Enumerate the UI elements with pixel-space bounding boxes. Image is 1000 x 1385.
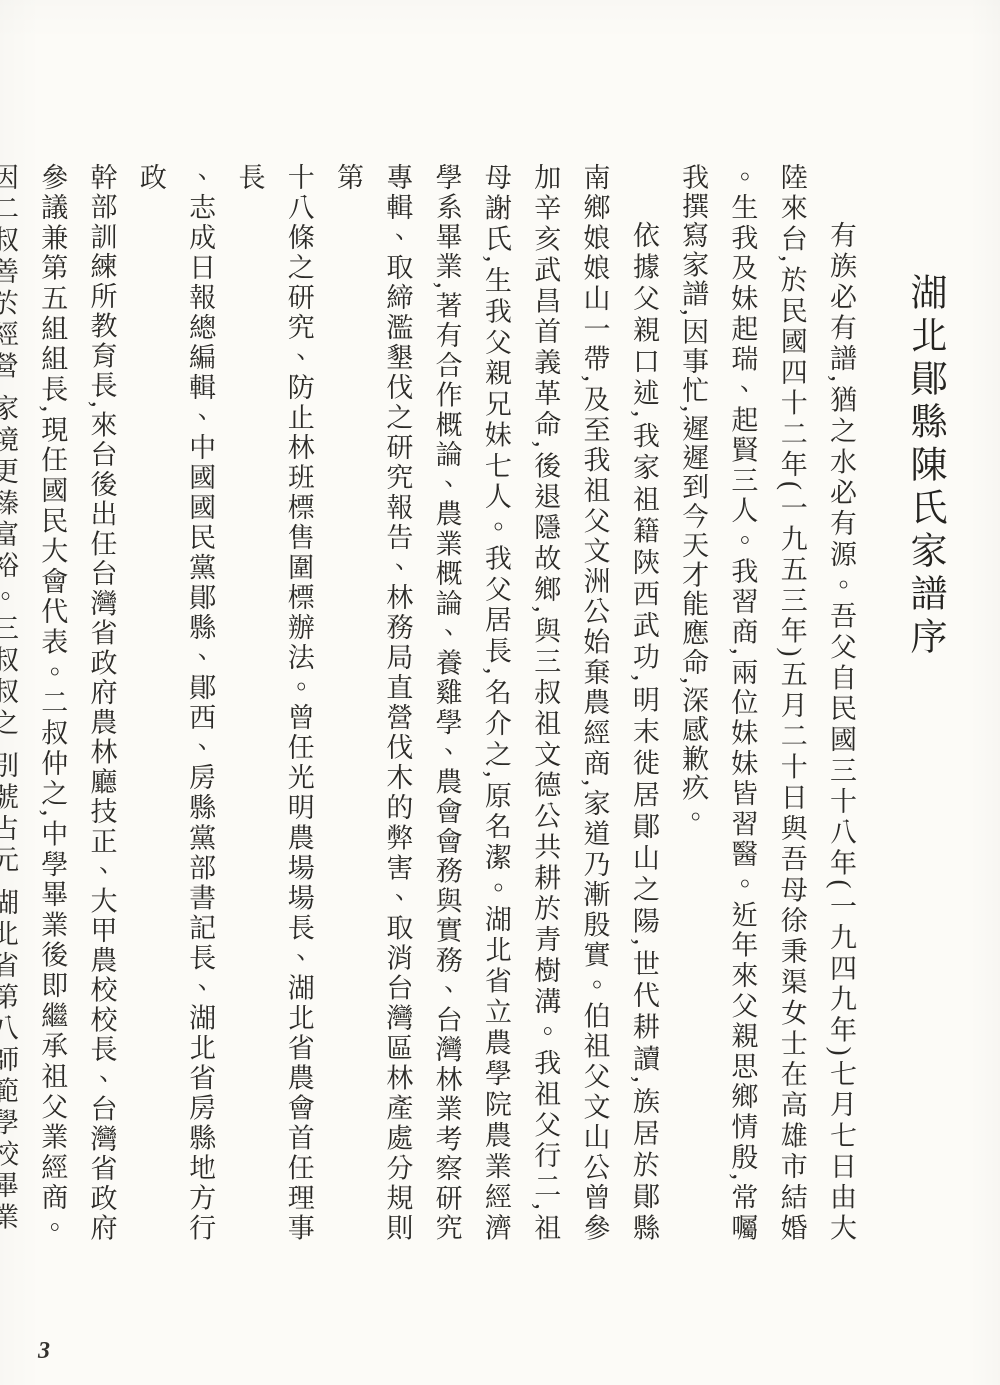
text-column: 依據父親口述,我家祖籍陝西武功,明末徙居鄖山之陽,世代耕讀,族居於鄖縣 bbox=[619, 163, 668, 1243]
scanned-page: 湖北鄖縣陳氏家譜序 有族必有譜,猶之水必有源。吾父自民國三十八年(一九四九年)七… bbox=[0, 0, 1000, 1385]
text-column: 有族必有譜,猶之水必有源。吾父自民國三十八年(一九四九年)七月七日由大 bbox=[816, 163, 865, 1243]
text-column: 我撰寫家譜,因事忙,遲遲到今天才能應命,深感歉疚。 bbox=[668, 163, 717, 1243]
text-column: 參議兼第五組組長,現任國民大會代表。二叔仲之,中學畢業後即繼承祖父業經商。 bbox=[27, 163, 76, 1243]
text-column: 幹部訓練所教育長,來台後出任台灣省政府農林廳技正、大甲農校校長、台灣省政府 bbox=[76, 163, 125, 1243]
document-title: 湖北鄖縣陳氏家譜序 bbox=[898, 273, 950, 1243]
text-column: 因二叔善於經營,家境更臻富裕。三叔叔之,別號占元,湖北省第八師範學校畢業, bbox=[0, 163, 27, 1243]
text-column: 、志成日報總編輯、中國國民黨鄖縣、鄖西、房縣黨部書記長、湖北省房縣地方行政 bbox=[126, 163, 225, 1243]
text-column: 母謝氏,生我父親兄妹七人。我父居長,名介之,原名潔。湖北省立農學院農業經濟 bbox=[471, 163, 520, 1243]
text-column: 專輯、取締濫墾伐之研究報告、林務局直營伐木的弊害、取消台灣區林產處分規則第 bbox=[323, 163, 422, 1243]
text-column: 加辛亥武昌首義革命,後退隱故鄉,與三叔祖文德公共耕於青樹溝。我祖父行二,祖 bbox=[520, 163, 569, 1243]
text-column: 。生我及妹起瑞、起賢三人。我習商,兩位妹妹皆習醫。近年來父親思鄉情殷,常囑 bbox=[717, 163, 766, 1243]
page-number: 3 bbox=[38, 1338, 50, 1365]
document-body: 湖北鄖縣陳氏家譜序 有族必有譜,猶之水必有源。吾父自民國三十八年(一九四九年)七… bbox=[0, 163, 950, 1243]
text-column: 十八條之研究、防止林班標售圍標辦法。曾任光明農場場長、湖北省農會首任理事長 bbox=[224, 163, 323, 1243]
text-column: 陸來台,於民國四十二年(一九五三年)五月二十日與吾母徐秉渠女士在高雄市結婚 bbox=[766, 163, 815, 1243]
text-column: 學系畢業,著有合作概論、農業概論、養雞學、農會會務與實務、台灣林業考察研究 bbox=[421, 163, 470, 1243]
text-column: 南鄉娘娘山一帶,及至我祖父文洲公始棄農經商,家道乃漸殷實。伯祖父文山公曾參 bbox=[569, 163, 618, 1243]
